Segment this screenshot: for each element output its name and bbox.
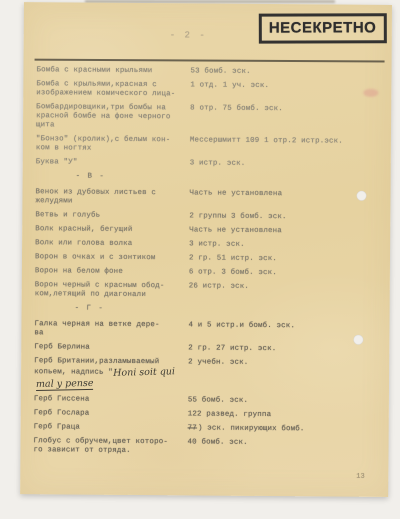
emblem-description: Волк или голова волка	[35, 239, 185, 249]
unit-assignment: Мессершмитт 109 1 отр.2 истр.эск.	[190, 136, 385, 156]
horizontal-rule	[35, 59, 385, 63]
emblem-description: Герб Гослара	[34, 409, 184, 419]
emblem-description: Бомба с крыльями,красная с изображением …	[36, 80, 186, 99]
emblem-description: Герб Берлина	[34, 343, 184, 353]
emblem-description: Ворон черный с красным обод- ком,летящий…	[35, 281, 185, 300]
emblem-description: Ворон на белом фоне	[35, 267, 185, 277]
unit-assignment: Часть не установлена	[189, 189, 384, 209]
unit-assignment: 2 гр. 27 истр. эск.	[188, 344, 383, 355]
handwritten-note: Honi soit qui	[113, 367, 175, 379]
unit-assignment: 2 гр. 51 истр. эск.	[189, 254, 384, 265]
hole-punch	[353, 335, 363, 345]
list-item: Венок из дубовых листьев с желудямиЧасть…	[35, 188, 384, 209]
list-item: Буква "У"3 истр. эск.	[36, 158, 385, 170]
list-item: Ворон в очках и с зонтиком2 гр. 51 истр.…	[35, 253, 384, 265]
list-item: Герб Британии,разламываемый копьем, надп…	[34, 357, 383, 393]
emblem-description: Герб Британии,разламываемый копьем, надп…	[34, 357, 184, 391]
list-item: "Бонзо" (кролик),с белым кон- ком в ногт…	[36, 135, 385, 156]
struck-text: 77	[188, 424, 197, 432]
unit-assignment: 1 отд. 1 уч. эск.	[190, 81, 385, 101]
emblem-description: Бомба с красными крыльями	[36, 66, 186, 76]
list-item: Герб Граца77) эск. пикирующих бомб.	[34, 423, 383, 435]
emblem-description: Герб Граца	[34, 423, 184, 433]
list-item: Ветвь и голубь2 группы 3 бомб. эск.	[35, 211, 384, 223]
page-number: - 2 -	[170, 30, 207, 40]
emblem-description: Ворон в очках и с зонтиком	[35, 253, 185, 263]
list-item: Бомба с крыльями,красная с изображением …	[36, 80, 385, 101]
unit-assignment: 26 истр. эск.	[189, 282, 384, 302]
emblem-description: Галка черная на ветке дере- ва	[34, 320, 184, 339]
list-item: Ворон на белом фоне6 отр. 3 бомб. эск.	[35, 267, 384, 279]
unit-assignment: 8 отр. 75 бомб. эск.	[190, 104, 385, 133]
unit-assignment: 40 бомб. эск.	[187, 438, 382, 458]
list-item: Герб Гослара122 развед. группа	[34, 409, 383, 421]
emblem-description: Глобус с обручем,цвет которо- го зависит…	[33, 437, 183, 456]
emblem-description: Герб Гиссена	[34, 395, 184, 405]
list-item: Бомба с красными крыльями53 бомб. эск.	[36, 66, 385, 78]
list-item: Волк красный, бегущийЧасть не установлен…	[35, 225, 384, 237]
list-item: Галка черная на ветке дере- ва4 и 5 истр…	[34, 320, 383, 341]
hole-punch	[356, 191, 366, 201]
unclassified-stamp: НЕСЕКРЕТНО	[259, 13, 387, 43]
ink-smudge	[363, 89, 378, 97]
emblem-list: Бомба с красными крыльями53 бомб. эск.Бо…	[33, 66, 385, 463]
emblem-description: Ветвь и голубь	[35, 211, 185, 221]
emblem-description: "Бонзо" (кролик),с белым кон- ком в ногт…	[36, 135, 186, 154]
unit-assignment: 2 учебн. эск.	[188, 358, 383, 393]
list-item: Герб Берлина2 гр. 27 истр. эск.	[34, 343, 383, 355]
list-item: Глобус с обручем,цвет которо- го зависит…	[33, 437, 382, 458]
unit-assignment: 2 группы 3 бомб. эск.	[189, 212, 384, 223]
document-page: - 2 - НЕСЕКРЕТНО Бомба с красными крылья…	[20, 2, 392, 497]
unit-assignment: 55 бомб. эск.	[188, 396, 383, 407]
list-item: Ворон черный с красным обод- ком,летящий…	[35, 281, 384, 302]
unit-assignment: 6 отр. 3 бомб. эск.	[189, 268, 384, 279]
emblem-description: Венок из дубовых листьев с желудями	[35, 188, 185, 207]
unit-assignment: 3 истр. эск.	[190, 159, 385, 170]
handwritten-note: mal y pense	[36, 379, 94, 391]
emblem-description: Бомбардировщики,три бомбы на красной бом…	[36, 103, 186, 131]
list-item: Герб Гиссена55 бомб. эск.	[34, 395, 383, 407]
corner-page-mark: 13	[356, 473, 364, 481]
unit-assignment: 3 истр. эск.	[189, 240, 384, 251]
unit-assignment: 122 развед. группа	[188, 410, 383, 421]
list-item: Бомбардировщики,три бомбы на красной бом…	[36, 103, 385, 133]
emblem-description: Буква "У"	[36, 158, 186, 168]
unit-assignment: 53 бомб. эск.	[190, 67, 385, 78]
section-header: - Г -	[75, 305, 384, 316]
unit-assignment: 77) эск. пикирующих бомб.	[188, 424, 383, 435]
emblem-description: Волк красный, бегущий	[35, 225, 185, 235]
unit-assignment: Часть не установлена	[189, 226, 384, 237]
section-header: - В -	[76, 173, 385, 184]
list-item: Волк или голова волка3 истр. эск.	[35, 239, 384, 251]
